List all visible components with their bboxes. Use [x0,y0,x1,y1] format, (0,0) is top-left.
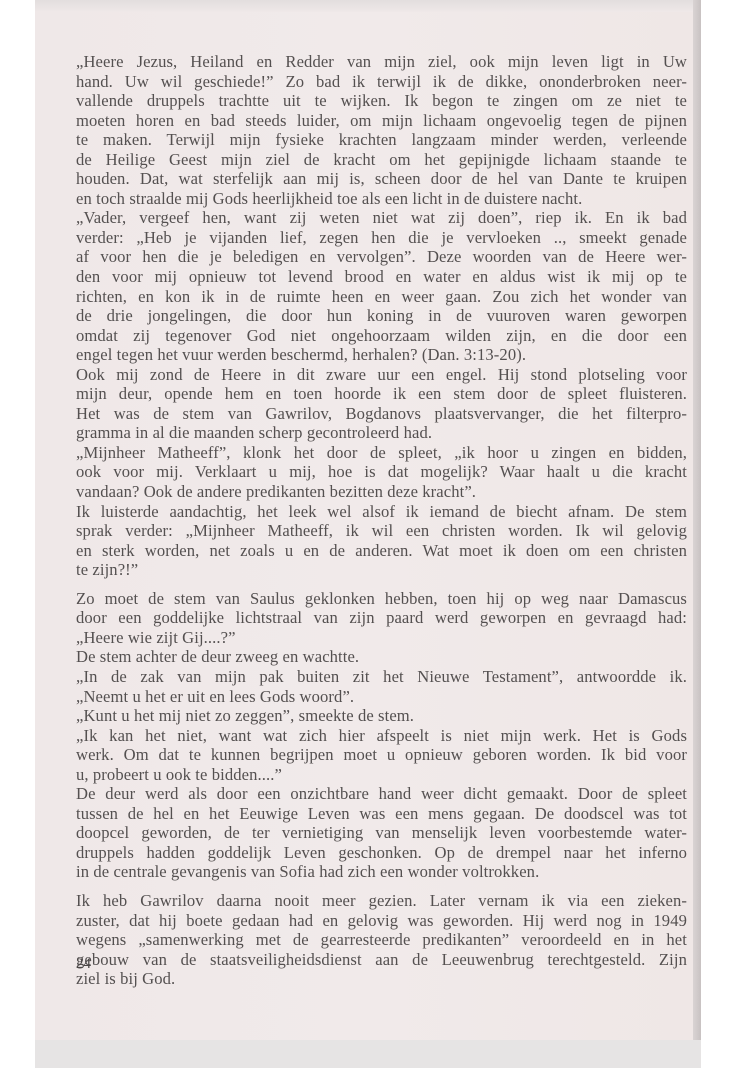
text-line: door een goddelijke lichtstraal van zijn… [76,608,687,628]
text-line: Het was de stem van Gawrilov, Bogdanovs … [76,404,687,424]
paragraph: Zo moet de stem van Saulus geklonken heb… [76,589,687,648]
text-line: sprak verder: „Mijnheer Matheeff, ik wil… [76,521,687,541]
text-line: en toch straalde mij Gods heerlijkheid t… [76,189,687,209]
text-line: tussen de hel en het Eeuwige Leven was e… [76,804,687,824]
text-line: „Kunt u het mij niet zo zeggen”, smeekte… [76,706,687,726]
text-line: u, probeert u ook te bidden....” [76,765,687,785]
text-line: gebouw van de staatsveiligheidsdienst aa… [76,950,687,970]
paper-sheet: „Heere Jezus, Heiland en Redder van mijn… [35,0,693,1040]
text-line: De stem achter de deur zweeg en wachtte. [76,647,687,667]
text-line: „Heere Jezus, Heiland en Redder van mijn… [76,52,687,72]
text-line: Ik heb Gawrilov daarna nooit meer gezien… [76,891,687,911]
text-line: „Neemt u het er uit en lees Gods woord”. [76,687,687,707]
text-line: richten, en kon ik in de ruimte heen en … [76,287,687,307]
paragraph: De stem achter de deur zweeg en wachtte. [76,647,687,667]
text-line: doopcel geworden, de ter vernietiging va… [76,823,687,843]
text-line: „Heere wie zijt Gij....?” [76,628,687,648]
text-line: wegens „samenwerking met de gearresteerd… [76,930,687,950]
text-line: houden. Dat, wat sterfelijk aan mij is, … [76,169,687,189]
text-line: af voor hen die je beledigen en vervolge… [76,247,687,267]
text-line: omdat zij tegenover God niet ongehoorzaa… [76,326,687,346]
text-line: „Vader, vergeef hen, want zij weten niet… [76,208,687,228]
text-line: en sterk worden, net zoals u en de ander… [76,541,687,561]
paragraph: Ook mij zond de Heere in dit zware uur e… [76,365,687,443]
text-line: gramma in al die maanden scherp gecontro… [76,423,687,443]
text-line: den voor mij opnieuw tot levend brood en… [76,267,687,287]
paragraph: Ik luisterde aandachtig, het leek wel al… [76,502,687,580]
body-text: „Heere Jezus, Heiland en Redder van mijn… [76,52,687,989]
text-line: te zijn?!” [76,560,687,580]
text-line: mijn deur, opende hem en toen hoorde ik … [76,384,687,404]
text-line: De deur werd als door een onzichtbare ha… [76,784,687,804]
text-line: ziel is bij God. [76,969,687,989]
text-line: „Mijnheer Matheeff”, klonk het door de s… [76,443,687,463]
text-line: verder: „Heb je vijanden lief, zegen hen… [76,228,687,248]
page-edge-shadow [693,0,701,1040]
text-line: moeten horen en bad steeds luider, om mi… [76,111,687,131]
text-line: ook voor mij. Verklaart u mij, hoe is da… [76,462,687,482]
text-line: te maken. Terwijl mijn fysieke krachten … [76,130,687,150]
text-line: Ik luisterde aandachtig, het leek wel al… [76,502,687,522]
text-line: „In de zak van mijn pak buiten zit het N… [76,667,687,687]
text-line: in de centrale gevangenis van Sofia had … [76,862,687,882]
paragraph: „Ik kan het niet, want wat zich hier afs… [76,726,687,785]
text-line: Ook mij zond de Heere in dit zware uur e… [76,365,687,385]
paragraph: „Kunt u het mij niet zo zeggen”, smeekte… [76,706,687,726]
text-line: zuster, dat hij boete gedaan had en gelo… [76,911,687,931]
text-line: vallende druppels trachtte uit te wijken… [76,91,687,111]
paragraph: „Heere Jezus, Heiland en Redder van mijn… [76,52,687,208]
paragraph: „In de zak van mijn pak buiten zit het N… [76,667,687,706]
paragraph: Ik heb Gawrilov daarna nooit meer gezien… [76,891,687,989]
text-line: engel tegen het vuur werden beschermd, h… [76,345,687,365]
text-line: druppels hadden goddelijk Leven geschonk… [76,843,687,863]
book-page: „Heere Jezus, Heiland en Redder van mijn… [35,0,701,1068]
paragraph: „Vader, vergeef hen, want zij weten niet… [76,208,687,364]
text-line: Zo moet de stem van Saulus geklonken heb… [76,589,687,609]
paragraph: „Mijnheer Matheeff”, klonk het door de s… [76,443,687,502]
text-line: de Heilige Geest mijn ziel de kracht om … [76,150,687,170]
page-number: 24 [76,956,91,973]
paragraph: De deur werd als door een onzichtbare ha… [76,784,687,882]
top-shadow [35,0,693,12]
text-line: „Ik kan het niet, want wat zich hier afs… [76,726,687,746]
text-line: werk. Om dat te kunnen begrijpen moet u … [76,745,687,765]
text-line: vandaan? Ook de andere predikanten bezit… [76,482,687,502]
text-line: de drie jongelingen, die door hun koning… [76,306,687,326]
text-line: hand. Uw wil geschiede!” Zo bad ik terwi… [76,72,687,92]
